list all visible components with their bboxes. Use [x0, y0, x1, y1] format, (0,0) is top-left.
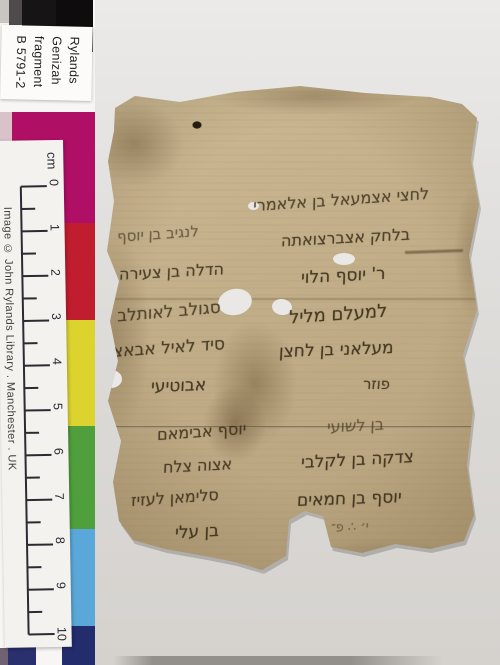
script-line: לנגיב בן יוסף — [117, 222, 199, 246]
script-line: סגולב לאותלב — [117, 297, 220, 326]
cm-ruler: cm 012345678910 Image © John Rylands Lib… — [0, 140, 72, 648]
shelfmark-line: Genizah — [46, 36, 65, 90]
ruler-unit-label: cm — [44, 152, 59, 170]
script-line: אצוה צלח — [163, 454, 233, 477]
calibration-patch-violet-corner — [0, 648, 8, 665]
script-line: בלחק אצברצואתה — [281, 225, 411, 251]
shelfmark-label: Rylands Genizah fragment B 5791-2 — [0, 25, 93, 101]
calibration-patch-red — [62, 223, 95, 320]
script-line: בן לשועי — [327, 414, 385, 436]
manuscript-fragment: לחצי אצמעאל בן אלאמריבלחק אצברצואתהר' יו… — [105, 84, 487, 572]
script-line: צדקה בן לקלבי — [301, 447, 414, 473]
calibration-patch-navy-corner — [6, 645, 36, 665]
paper-hole — [333, 253, 355, 265]
ruler-number-2: 2 — [48, 268, 62, 275]
paper-hole — [100, 370, 122, 388]
calibration-patch-black — [22, 0, 56, 27]
calibration-patch-light-gray — [0, 0, 9, 23]
script-line: סלימאן לעזיז — [131, 485, 219, 510]
calibration-patch-dark-gray — [9, 0, 22, 25]
photo-background: לחצי אצמעאל בן אלאמריבלחק אצברצואתהר' יו… — [95, 0, 500, 665]
ruler-number-9: 9 — [54, 582, 68, 589]
ruler-number-0: 0 — [47, 179, 61, 186]
script-line: בן עלי — [175, 521, 220, 543]
script-line: סיד לאיל אבאצ — [113, 334, 225, 362]
ruler-number-3: 3 — [49, 313, 63, 320]
backing-board-edge — [113, 656, 443, 665]
ruler-number-4: 4 — [50, 358, 64, 365]
script-line: יוסף אבימאם — [157, 419, 246, 444]
script-line: לחצי אצמעאל בן אלאמרי — [253, 184, 429, 215]
shelfmark-text: Rylands Genizah fragment B 5791-2 — [10, 36, 82, 91]
ruler-number-5: 5 — [51, 403, 65, 410]
ruler-number-1: 1 — [47, 224, 61, 231]
ink-streak — [405, 249, 463, 254]
shelfmark-line: fragment — [28, 36, 47, 90]
shelfmark-line: B 5791-2 — [10, 36, 29, 90]
script-line: הדלה בן צעירה — [119, 259, 225, 284]
script-line: יוסף בן חמאים — [297, 487, 403, 511]
script-line: מעלאני בן לחצן — [279, 338, 395, 362]
paper-hole — [216, 286, 255, 319]
ruler-number-6: 6 — [51, 448, 65, 455]
digitized-manuscript-page: לחצי אצמעאל בן אלאמריבלחק אצברצואתהר' יו… — [0, 0, 500, 665]
script-line: אבוטיעי — [150, 375, 206, 397]
script-line: י׳ ∴ פ־ — [331, 519, 369, 535]
script-line: ר' יוסף הלוי — [301, 264, 386, 288]
ruler-number-7: 7 — [52, 492, 66, 499]
shelfmark-line: Rylands — [64, 37, 83, 91]
script-line: למעלם מליל — [289, 301, 387, 329]
ruler-number-10: 10 — [54, 627, 68, 641]
crease-line — [105, 298, 487, 300]
ruler-number-8: 8 — [53, 537, 67, 544]
script-line: פוזר — [362, 375, 391, 393]
archival-margin: cm 012345678910 Image © John Rylands Lib… — [0, 0, 95, 665]
